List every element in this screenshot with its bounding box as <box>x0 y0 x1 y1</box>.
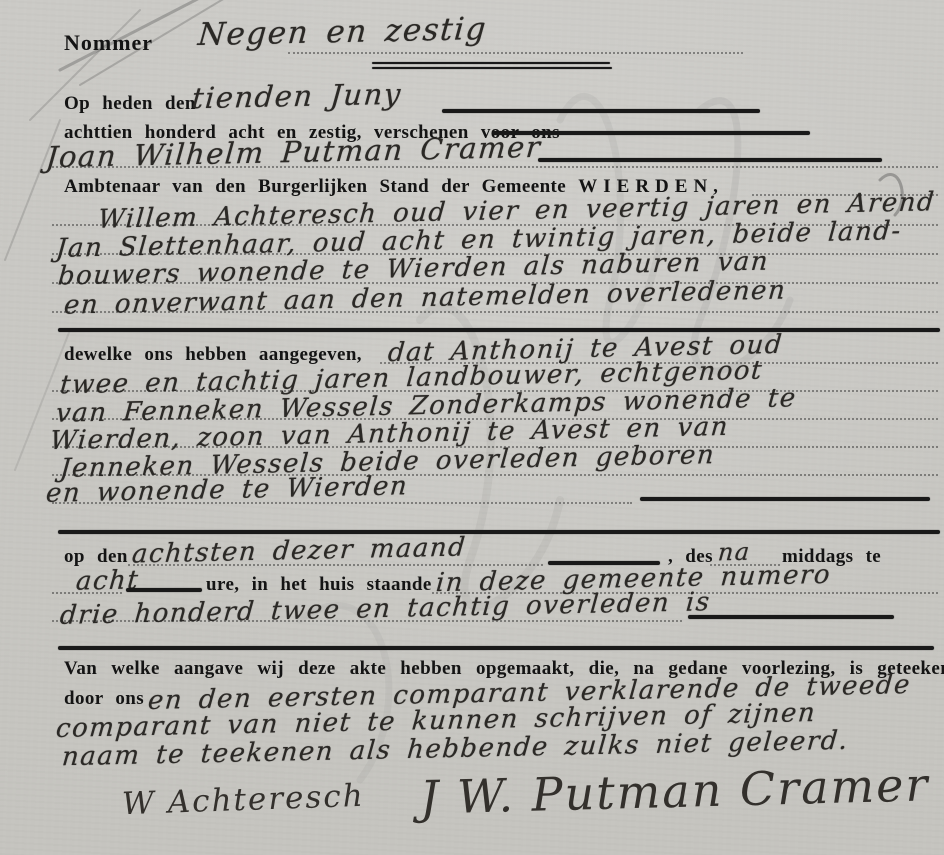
handwritten-comparanten-4: en onverwant aan den natemelden overlede… <box>63 275 788 320</box>
ink-rule <box>688 615 894 619</box>
double-rule-bottom <box>372 67 612 69</box>
nommer-label: Nommer <box>64 30 153 56</box>
signature-comparant: W Achteresch <box>121 778 365 822</box>
double-rule-top <box>372 62 610 64</box>
section-rule-1 <box>58 328 940 332</box>
dotted-leader <box>52 620 682 622</box>
dotted-leader <box>288 52 743 54</box>
ambtenaar-regel-text: Ambtenaar van den Burgerlijken Stand der… <box>64 176 566 197</box>
dotted-leader <box>52 502 632 504</box>
handwritten-datum: tienden Juny <box>191 77 404 115</box>
handwritten-huisnummer: drie honderd twee en tachtig overleden i… <box>59 587 712 631</box>
printed-op-den: op den <box>64 546 128 568</box>
handwritten-nommer-value: Negen en zestig <box>197 11 489 53</box>
ink-rule <box>126 588 202 592</box>
ink-rule <box>442 109 760 113</box>
signature-ambtenaar: J W. Putman Cramer <box>419 757 930 824</box>
section-rule-2 <box>58 530 940 534</box>
printed-op-heden-den: Op heden den <box>64 93 196 115</box>
death-certificate-scan: Nommer Negen en zestig Op heden den tien… <box>0 0 944 855</box>
ink-rule <box>538 158 882 162</box>
printed-ure-regel: ure, in het huis staande <box>206 574 432 596</box>
section-rule-3 <box>58 646 934 650</box>
dotted-leader <box>52 311 938 313</box>
dotted-leader <box>52 166 938 168</box>
ink-rule <box>640 497 930 501</box>
